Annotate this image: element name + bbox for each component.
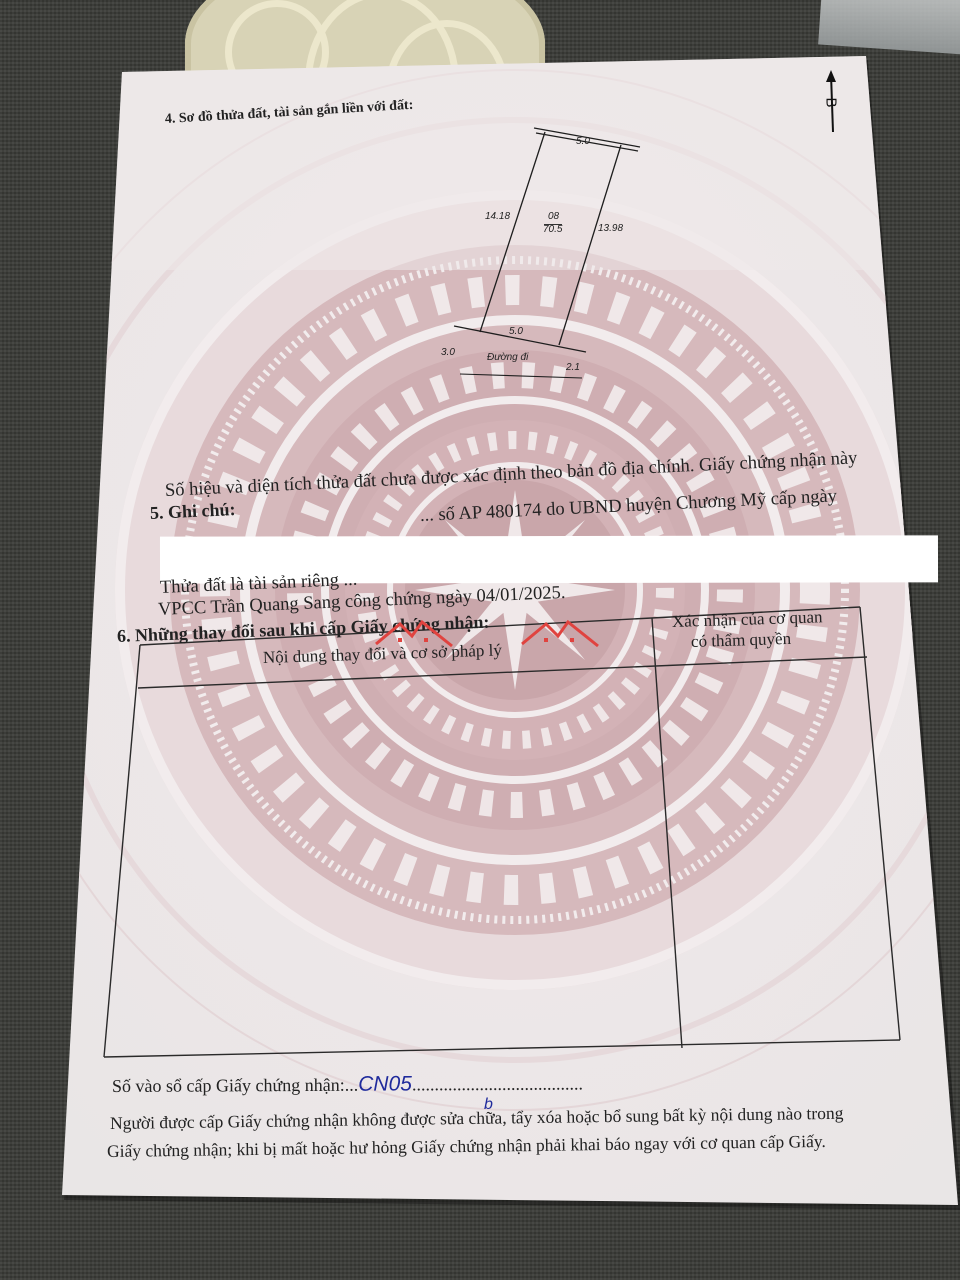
road-left-width: 3.0	[441, 347, 455, 358]
plot-right-edge-length: 13.98	[598, 223, 623, 234]
column-header-authority-line-2: có thẩm quyền	[691, 629, 792, 652]
house-roof-logo-icon	[518, 618, 602, 648]
certificate-page: 14.18 08 70.5 13.98 5.0 5.0 3.0 Đường đi…	[0, 0, 960, 1280]
registry-number-line: Số vào sổ cấp Giấy chứng nhận:...CN05...…	[112, 1072, 583, 1098]
registry-handwritten-value: CN05	[358, 1072, 412, 1095]
north-label: B	[823, 97, 840, 107]
north-arrow: B	[822, 70, 842, 145]
registry-label: Số vào sổ cấp Giấy chứng nhận:...	[112, 1075, 358, 1096]
registry-dots: ......................................	[412, 1074, 583, 1095]
plot-parcel-number: 08	[548, 211, 559, 222]
plot-left-edge-length: 14.18	[485, 211, 510, 222]
plot-bottom-edge-length: 5.0	[509, 326, 523, 337]
house-roof-logo-icon	[372, 618, 456, 648]
road-right-width: 2.1	[566, 362, 580, 373]
plot-area: 70.5	[543, 224, 562, 235]
road-label: Đường đi	[487, 352, 528, 363]
plot-top-edge-length: 5.0	[576, 136, 590, 147]
